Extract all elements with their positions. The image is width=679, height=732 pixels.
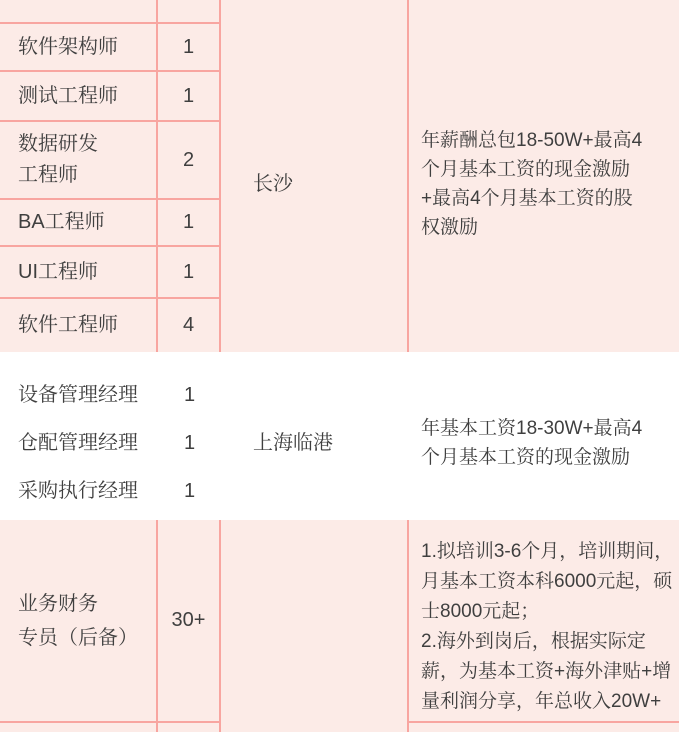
position-label: 仓配管理经理	[18, 428, 138, 459]
position-cell: UI工程师	[0, 247, 158, 299]
salary-cell: 1.拟培训3-6个月，培训期间， 月基本工资本科6000元起，硕 士8000元起…	[409, 520, 679, 723]
count-cell: 1	[158, 72, 221, 122]
salary-text: 年基本工资18-30W+最高4 个月基本工资的现金激励	[421, 414, 642, 472]
salary-cell	[409, 723, 679, 732]
position-cell: 测试工程师	[0, 72, 158, 122]
position-cell: 业务财务 专员（后备）	[0, 520, 158, 723]
position-label: 业务财务 专员（后备）	[18, 587, 138, 655]
count-cell: 30+	[158, 520, 221, 723]
position-label: 数据研发 工程师	[18, 129, 98, 191]
count-value: 1	[183, 257, 194, 288]
count-cell: 1	[158, 200, 221, 247]
count-cell	[158, 723, 221, 732]
position-cell: 软件工程师	[0, 299, 158, 352]
salary-text: 年薪酬总包18-50W+最高4 个月基本工资的现金激励 +最高4个月基本工资的股…	[421, 126, 642, 242]
section-changsha: 软件架构师 1 测试工程师 1 数据研发 工程师 2 BA工程师 1 UI工程师…	[0, 0, 679, 352]
count-value: 1	[183, 32, 194, 63]
position-cell: BA工程师	[0, 200, 158, 247]
position-cell: 数据研发 工程师	[0, 122, 158, 200]
position-label: BA工程师	[18, 207, 105, 238]
count-cell	[158, 0, 221, 24]
section-shanghai-lingang: 设备管理经理 1 仓配管理经理 1 采购执行经理 1 上海临港 年基本工资18-…	[0, 352, 679, 520]
position-cell: 设备管理经理	[0, 371, 158, 419]
section-overseas-trainee: 业务财务 专员（后备） 30+ 1.拟培训3-6个月，培训期间， 月基本工资本科…	[0, 520, 679, 732]
count-value: 1	[184, 380, 195, 411]
position-cell	[0, 0, 158, 24]
recruitment-table: 软件架构师 1 测试工程师 1 数据研发 工程师 2 BA工程师 1 UI工程师…	[0, 0, 679, 732]
salary-text: 1.拟培训3-6个月，培训期间， 月基本工资本科6000元起，硕 士8000元起…	[421, 537, 673, 717]
location-cell: 长沙	[221, 0, 409, 352]
salary-cell: 年基本工资18-30W+最高4 个月基本工资的现金激励	[409, 371, 679, 515]
count-cell: 1	[158, 24, 221, 72]
count-value: 4	[183, 310, 194, 341]
position-label: 测试工程师	[18, 81, 118, 112]
location-cell: 上海临港	[221, 371, 409, 515]
position-cell	[0, 723, 158, 732]
count-cell: 2	[158, 122, 221, 200]
position-label: UI工程师	[18, 257, 98, 288]
position-cell: 仓配管理经理	[0, 419, 158, 467]
location-cell	[221, 520, 409, 732]
count-value: 1	[183, 207, 194, 238]
position-label: 软件架构师	[18, 32, 118, 63]
count-value: 30+	[172, 605, 206, 636]
position-cell: 软件架构师	[0, 24, 158, 72]
position-label: 采购执行经理	[18, 476, 138, 507]
count-value: 1	[183, 81, 194, 112]
position-label: 设备管理经理	[18, 380, 138, 411]
count-cell: 1	[158, 419, 221, 467]
count-cell: 1	[158, 371, 221, 419]
count-value: 2	[183, 145, 194, 176]
salary-cell: 年薪酬总包18-50W+最高4 个月基本工资的现金激励 +最高4个月基本工资的股…	[409, 0, 679, 352]
count-cell: 4	[158, 299, 221, 352]
count-value: 1	[184, 428, 195, 459]
location-label: 长沙	[253, 169, 293, 200]
count-cell: 1	[158, 247, 221, 299]
count-value: 1	[184, 476, 195, 507]
location-label: 上海临港	[253, 428, 333, 459]
count-cell: 1	[158, 467, 221, 515]
position-label: 软件工程师	[18, 310, 118, 341]
position-cell: 采购执行经理	[0, 467, 158, 515]
